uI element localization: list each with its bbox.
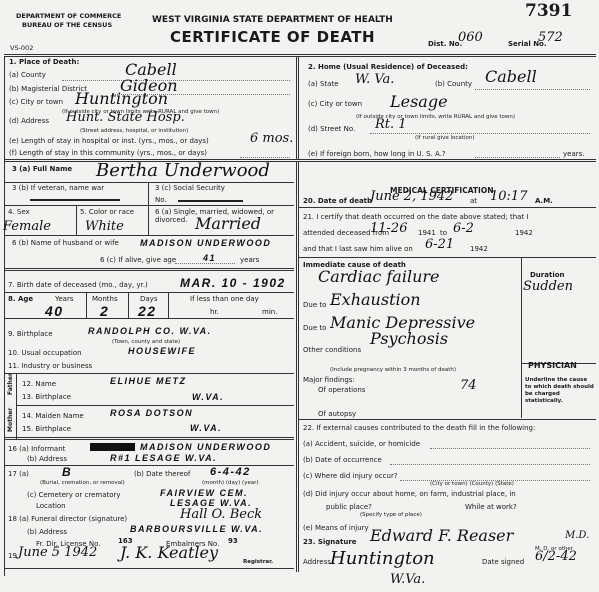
attended-to-label: to bbox=[440, 229, 447, 237]
place-of-death-heading: 1. Place of Death: bbox=[9, 58, 79, 66]
home-foreign-suffix: years. bbox=[563, 150, 585, 158]
occupation-value: HOUSEWIFE bbox=[128, 346, 196, 356]
section-divider-top bbox=[296, 56, 299, 159]
home-heading: 2. Home (Usual Residence) of Deceased: bbox=[308, 63, 468, 71]
last-seen-year: 1942 bbox=[470, 245, 488, 253]
pod-address-value: Hunt. State Hosp. bbox=[66, 110, 185, 125]
frame-left bbox=[4, 56, 5, 576]
registrar-signature: J. K. Keatley bbox=[120, 543, 218, 562]
spouse-value: MADISON UNDERWOOD bbox=[140, 238, 271, 248]
mother-side-label: Mother bbox=[7, 408, 14, 432]
mother-birthplace-label: 15. Birthplace bbox=[22, 425, 71, 433]
hr-label: hr. bbox=[210, 308, 219, 316]
birth-date-label: 7. Birth date of deceased (mo., day, yr.… bbox=[8, 281, 148, 289]
agency-name: WEST VIRGINIA STATE DEPARTMENT OF HEALTH bbox=[152, 15, 393, 25]
dept-line-2: BUREAU OF THE CENSUS bbox=[22, 21, 112, 29]
attended-to: 6-2 bbox=[453, 221, 474, 236]
home-city-label: (c) City or town bbox=[308, 100, 362, 108]
pod-address-note: (Street address, hospital, or institutio… bbox=[80, 128, 188, 134]
serial-value: 572 bbox=[538, 30, 563, 45]
divider-cause bbox=[298, 257, 596, 258]
marital-value: Married bbox=[195, 214, 261, 233]
veteran-dash bbox=[30, 199, 120, 201]
external-d-note: (Specify type of place) bbox=[360, 512, 422, 518]
external-e-label: (e) Means of injury bbox=[303, 524, 369, 532]
divider-birth bbox=[4, 268, 294, 271]
dist-value: 060 bbox=[458, 30, 483, 45]
mother-name-value: ROSA DOTSON bbox=[110, 408, 193, 418]
ss-dash bbox=[178, 200, 243, 202]
duration-value: Sudden bbox=[523, 279, 573, 294]
home-county-line bbox=[475, 89, 590, 90]
section-divider-mid bbox=[296, 162, 299, 572]
informant-label: 16 (a) Informant bbox=[8, 445, 65, 453]
header-divider bbox=[4, 54, 596, 57]
signature-address-label: Address bbox=[303, 558, 331, 566]
spouse-age-label: 6 (c) If alive, give age bbox=[100, 256, 176, 264]
dept-line-1: DEPARTMENT OF COMMERCE bbox=[16, 12, 121, 20]
ss-label: 3 (c) Social Security bbox=[155, 184, 225, 192]
burial-type-label: 17 (a) bbox=[8, 470, 29, 478]
home-street-note: (If rural give location) bbox=[415, 135, 474, 141]
burial-date-label: (b) Date thereof bbox=[134, 470, 190, 478]
mother-name-label: 14. Maiden Name bbox=[22, 412, 84, 420]
pod-stay-inst-label: (e) Length of stay in hospital or inst. … bbox=[9, 137, 209, 145]
full-name-label: 3 (a) Full Name bbox=[12, 165, 72, 173]
autopsy-label: Of autopsy bbox=[318, 410, 356, 418]
external-a-label: (a) Accident, suicide, or homicide bbox=[303, 440, 420, 448]
occupation-label: 10. Usual occupation bbox=[8, 349, 82, 357]
birth-date-value: MAR. 10 - 1902 bbox=[180, 276, 286, 290]
burial-date-note: (month) (day) (year) bbox=[202, 480, 259, 486]
divider-parents bbox=[4, 373, 294, 374]
pod-stay-comm-label: (f) Length of stay in this community (yr… bbox=[9, 149, 207, 157]
spouse-age-value: 41 bbox=[203, 253, 216, 263]
home-street-value: Rt. 1 bbox=[375, 117, 407, 132]
pod-city-label: (c) City or town bbox=[9, 98, 63, 106]
signature-address-value-2: W.Va. bbox=[390, 572, 425, 587]
registrar-date: June 5 1942 bbox=[18, 545, 97, 560]
due-to-1-value: Exhaustion bbox=[330, 290, 421, 309]
immediate-cause-value: Cardiac failure bbox=[318, 267, 440, 286]
last-seen-label: and that I last saw him alive on bbox=[303, 245, 413, 253]
location-label: Location bbox=[36, 502, 66, 510]
pregnancy-note: (Include pregnancy within 3 months of de… bbox=[330, 367, 456, 373]
attended-to-year: 1942 bbox=[515, 229, 533, 237]
min-label: min. bbox=[262, 308, 277, 316]
cemetery-value: FAIRVIEW CEM. bbox=[160, 488, 248, 498]
spouse-age-suffix: years bbox=[240, 256, 259, 264]
age-label: 8. Age bbox=[8, 295, 33, 303]
death-certificate: DEPARTMENT OF COMMERCE BUREAU OF THE CEN… bbox=[0, 0, 599, 592]
pod-stay-inst-value: 6 mos. bbox=[250, 131, 293, 146]
full-name-value: Bertha Underwood bbox=[96, 160, 270, 181]
burial-type-note: (Burial, cremation, or removal) bbox=[40, 480, 125, 486]
home-foreign-label: (e) If foreign born, how long in U. S. A… bbox=[308, 150, 446, 158]
funeral-address-label: (b) Address bbox=[27, 528, 67, 536]
informant-address-label: (b) Address bbox=[27, 455, 67, 463]
race-marital-divider bbox=[148, 205, 149, 235]
document-title: CERTIFICATE OF DEATH bbox=[170, 28, 375, 46]
external-work-label: While at work? bbox=[465, 503, 517, 511]
physician-box-title: PHYSICIAN bbox=[528, 361, 577, 370]
home-city-value: Lesage bbox=[390, 92, 448, 111]
operations-label: Of operations bbox=[318, 386, 365, 394]
birthplace-note: (Town, county and state) bbox=[112, 339, 180, 345]
father-birthplace-value: W.VA. bbox=[192, 392, 224, 402]
external-c-label: (c) Where did injury occur? bbox=[303, 472, 398, 480]
home-street-label: (d) Street No. bbox=[308, 125, 355, 133]
father-name-value: ELIHUE METZ bbox=[110, 376, 187, 386]
informant-value: MADISON UNDERWOOD bbox=[140, 442, 271, 452]
divider-certify bbox=[298, 207, 596, 208]
due-to-2-label: Due to bbox=[303, 324, 326, 332]
father-side-label: Father bbox=[7, 373, 14, 395]
date-signed-label: Date signed bbox=[482, 558, 524, 566]
signature-suffix: M.D. bbox=[565, 530, 589, 541]
burial-date-value: 6-4-42 bbox=[210, 466, 251, 478]
divider-informant bbox=[4, 437, 294, 440]
external-c-note: (City or town) (County) (State) bbox=[430, 481, 514, 487]
age-days-value: 22 bbox=[138, 303, 157, 319]
divider-name bbox=[4, 182, 294, 183]
age-div-2 bbox=[128, 292, 129, 318]
veteran-ss-divider bbox=[148, 182, 149, 205]
ss-no-label: No. bbox=[155, 196, 167, 204]
duration-box-left bbox=[521, 258, 522, 418]
embalmer-value: 93 bbox=[228, 537, 238, 545]
death-time-value: 10:17 bbox=[490, 189, 527, 204]
due-to-1-label: Due to bbox=[303, 301, 326, 309]
father-name-label: 12. Name bbox=[22, 380, 56, 388]
veteran-label: 3 (b) If veteran, name war bbox=[12, 184, 104, 192]
burial-type-value: B bbox=[62, 465, 72, 479]
father-birthplace-label: 13. Birthplace bbox=[22, 393, 71, 401]
signature-address-value: Huntington bbox=[330, 548, 435, 569]
pod-address-label: (d) Address bbox=[9, 117, 49, 125]
divider-external bbox=[298, 419, 596, 420]
signature-label: 23. Signature bbox=[303, 538, 357, 546]
home-county-label: (b) County bbox=[435, 80, 472, 88]
redaction-bar bbox=[90, 443, 135, 451]
death-ampm: A.M. bbox=[535, 197, 553, 205]
attended-from-year: 1941 bbox=[418, 229, 436, 237]
operations-value: 74 bbox=[460, 378, 477, 393]
major-findings-label: Major findings: bbox=[303, 376, 355, 384]
divider-mother bbox=[16, 405, 294, 406]
divider-birthplace bbox=[4, 318, 294, 319]
birthplace-value: RANDOLPH CO. W.VA. bbox=[88, 326, 212, 336]
external-d-label: (d) Did injury occur about home, on farm… bbox=[303, 490, 516, 498]
attended-from: 11-26 bbox=[370, 221, 407, 236]
divider-sex bbox=[4, 205, 294, 206]
registrar-label: Registrar. bbox=[243, 559, 273, 565]
less-than-day-label: If less than one day bbox=[190, 295, 259, 303]
pod-county-label: (a) County bbox=[9, 71, 46, 79]
mother-birthplace-value: W.VA. bbox=[190, 423, 222, 433]
external-d-label2: public place? bbox=[326, 503, 372, 511]
sex-race-divider bbox=[76, 205, 77, 235]
age-years-label: Years bbox=[55, 295, 73, 303]
signature-value: Edward F. Reaser bbox=[370, 526, 513, 545]
funeral-director-value: Hall O. Beck bbox=[180, 507, 262, 522]
cemetery-label: (c) Cemetery or crematory bbox=[27, 491, 121, 499]
industry-label: 11. Industry or business bbox=[8, 362, 92, 370]
sex-value: Female bbox=[3, 219, 51, 234]
other-conditions-label: Other conditions bbox=[303, 346, 361, 354]
external-a-line bbox=[430, 448, 590, 449]
date-signed-value: 6/2-42 bbox=[535, 549, 577, 564]
informant-address-value: R#1 LESAGE W.VA. bbox=[110, 453, 217, 463]
certify-text: 21. I certify that death occurred on the… bbox=[303, 213, 528, 221]
external-b-label: (b) Date of occurrence bbox=[303, 456, 382, 464]
section-divider-2 bbox=[4, 159, 596, 162]
funeral-address-value: BARBOURSVILLE W.VA. bbox=[130, 524, 263, 534]
home-state-label: (a) State bbox=[308, 80, 339, 88]
external-heading: 22. If external causes contributed to th… bbox=[303, 424, 535, 432]
pod-city-value: Huntington bbox=[75, 89, 168, 108]
age-div-3 bbox=[168, 292, 169, 318]
home-county-value: Cabell bbox=[485, 67, 537, 86]
death-date-label: 20. Date of death bbox=[303, 197, 372, 205]
pod-stay-comm-line bbox=[240, 157, 290, 158]
home-state-value: W. Va. bbox=[355, 72, 394, 87]
divider-age bbox=[4, 292, 294, 293]
due-to-2b-value: Psychosis bbox=[370, 329, 448, 348]
parents-side-divider bbox=[16, 373, 17, 439]
age-months-label: Months bbox=[92, 295, 118, 303]
home-foreign-line bbox=[475, 157, 560, 158]
age-months-value: 2 bbox=[100, 303, 109, 319]
spouse-label: 6 (b) Name of husband or wife bbox=[12, 239, 119, 247]
divider-bottom-left bbox=[4, 568, 294, 569]
sex-label: 4. Sex bbox=[8, 208, 30, 216]
duration-label: Duration bbox=[530, 271, 565, 279]
external-b-line bbox=[390, 464, 590, 465]
spouse-age-line bbox=[175, 263, 235, 264]
age-div-1 bbox=[86, 292, 87, 318]
age-days-label: Days bbox=[140, 295, 157, 303]
death-date-value: June 2, 1942 bbox=[370, 189, 453, 204]
age-years-value: 40 bbox=[45, 303, 64, 319]
last-seen-value: 6-21 bbox=[425, 237, 454, 252]
home-street-line bbox=[370, 133, 590, 134]
death-time-label: at bbox=[470, 197, 477, 205]
divider-spouse bbox=[4, 235, 294, 236]
physician-box-text: Underline the cause to which death shoul… bbox=[525, 377, 595, 405]
stamp-number: 7391 bbox=[525, 1, 572, 21]
race-label: 5. Color or race bbox=[80, 208, 134, 216]
form-number: VS-002 bbox=[10, 44, 33, 52]
birthplace-label: 9. Birthplace bbox=[8, 330, 53, 338]
funeral-director-label: 18 (a) Funeral director (signature) bbox=[8, 515, 127, 523]
race-value: White bbox=[85, 219, 124, 234]
